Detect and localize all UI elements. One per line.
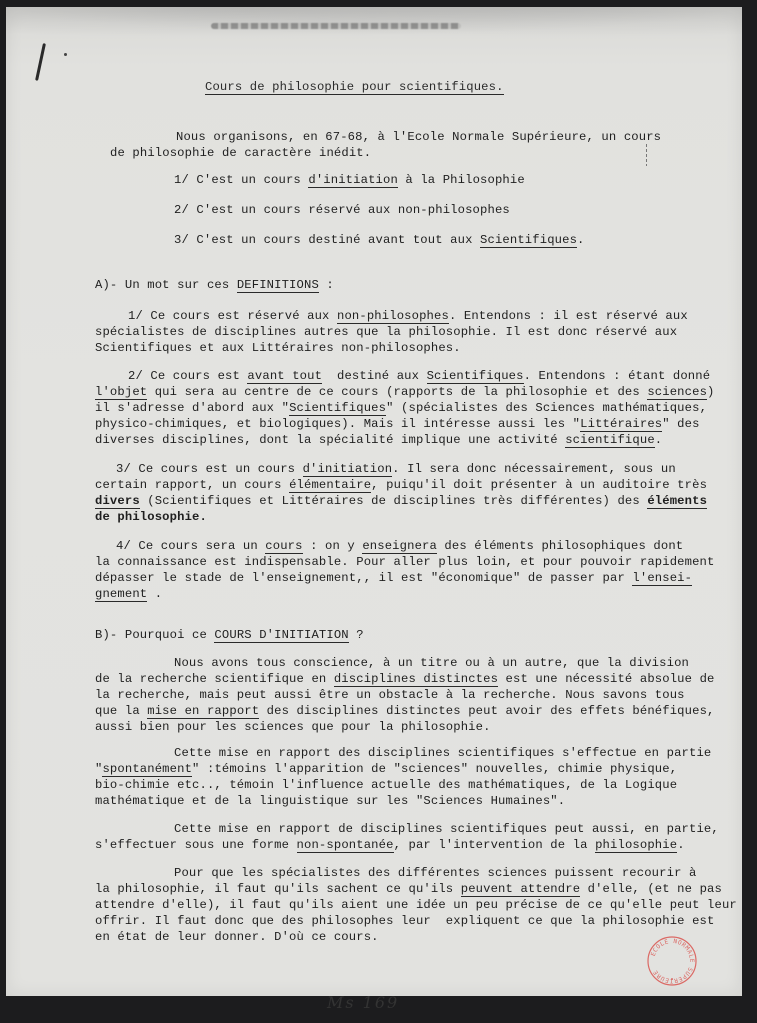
section-a-heading: A)- Un mot sur ces DEFINITIONS :: [95, 278, 334, 293]
b-p1-line-3: la recherche, mais peut aussi être un ob…: [95, 688, 685, 703]
b-p2-line-2: "spontanément" :témoins l'apparition de …: [95, 762, 677, 777]
shelfmark: Ms 169: [327, 993, 399, 1012]
b-p3-line-1: Cette mise en rapport de disciplines sci…: [174, 822, 719, 837]
scan-artifact: [211, 23, 461, 29]
b-p4-line-2: la philosophie, il faut qu'ils sachent c…: [95, 882, 722, 897]
a-p4-line-2: la connaissance est indispensable. Pour …: [95, 555, 715, 570]
a-p2-line-3: il s'adresse d'abord aux "Scientifiques"…: [95, 401, 707, 416]
a-p2-line-1: 2/ Ce cours est avant tout destiné aux S…: [128, 369, 710, 384]
b-p4-line-4: offrir. Il faut donc que des philosophes…: [95, 914, 715, 929]
handwritten-mark: [35, 43, 46, 81]
b-p2-line-3: bio-chimie etc.., témoin l'influence act…: [95, 778, 677, 793]
b-p4-line-3: attendre d'elle), il faut qu'ils aient u…: [95, 898, 737, 913]
margin-mark: [646, 144, 647, 166]
b-p1-line-4: que la mise en rapport des disciplines d…: [95, 704, 715, 719]
a-p3-line-2: certain rapport, un cours élémentaire, p…: [95, 478, 707, 493]
intro-line-2: de philosophie de caractère inédit.: [110, 146, 371, 161]
intro-line-1: Nous organisons, en 67-68, à l'Ecole Nor…: [176, 130, 661, 145]
b-p1-line-1: Nous avons tous conscience, à un titre o…: [174, 656, 689, 671]
a-p2-line-4: physico-chimiques, et biologiques). Mais…: [95, 417, 700, 432]
a-p1-line-2: spécialistes de disciplines autres que l…: [95, 325, 677, 340]
a-p4-line-4: gnement .: [95, 587, 162, 602]
b-p2-line-1: Cette mise en rapport des disciplines sc…: [174, 746, 711, 761]
b-p3-line-2: s'effectuer sous une forme non-spontanée…: [95, 838, 685, 853]
a-p2-line-5: diverses disciplines, dont la spécialité…: [95, 433, 662, 448]
a-p1-line-3: Scientifiques et aux Littéraires non-phi…: [95, 341, 461, 356]
stamp-text: ECOLE NORMALE SUPERIEURE: [650, 938, 695, 984]
b-p1-line-2: de la recherche scientifique en discipli…: [95, 672, 715, 687]
b-p4-line-1: Pour que les spécialistes des différente…: [174, 866, 696, 881]
a-p4-line-3: dépasser le stade de l'enseignement,, il…: [95, 571, 692, 586]
point-1: 1/ C'est un cours d'initiation à la Phil…: [174, 173, 525, 188]
b-p4-line-5: en état de leur donner. D'où ce cours.: [95, 930, 379, 945]
point-2: 2/ C'est un cours réservé aux non-philos…: [174, 203, 510, 218]
library-stamp-icon: ECOLE NORMALE SUPERIEURE: [646, 935, 698, 987]
b-p1-line-5: aussi bien pour les sciences que pour la…: [95, 720, 491, 735]
a-p2-line-2: l'objet qui sera au centre de ce cours (…: [95, 385, 715, 400]
svg-text:ECOLE NORMALE SUPERIEURE: ECOLE NORMALE SUPERIEURE: [650, 938, 695, 984]
document-title: Cours de philosophie pour scientifiques.: [205, 80, 504, 95]
a-p1-line-1: 1/ Ce cours est réservé aux non-philosop…: [128, 309, 688, 324]
a-p3-line-4: de philosophie.: [95, 510, 207, 525]
a-p3-line-1: 3/ Ce cours est un cours d'initiation. I…: [116, 462, 676, 477]
a-p3-line-3: divers (Scientifiques et Littéraires de …: [95, 494, 707, 509]
b-p2-line-4: mathématique et de la linguistique sur l…: [95, 794, 565, 809]
point-3: 3/ C'est un cours destiné avant tout aux…: [174, 233, 585, 248]
a-p4-line-1: 4/ Ce cours sera un cours : on y enseign…: [116, 539, 683, 554]
section-b-heading: B)- Pourquoi ce COURS D'INITIATION ?: [95, 628, 364, 643]
ink-dot: [64, 53, 67, 56]
